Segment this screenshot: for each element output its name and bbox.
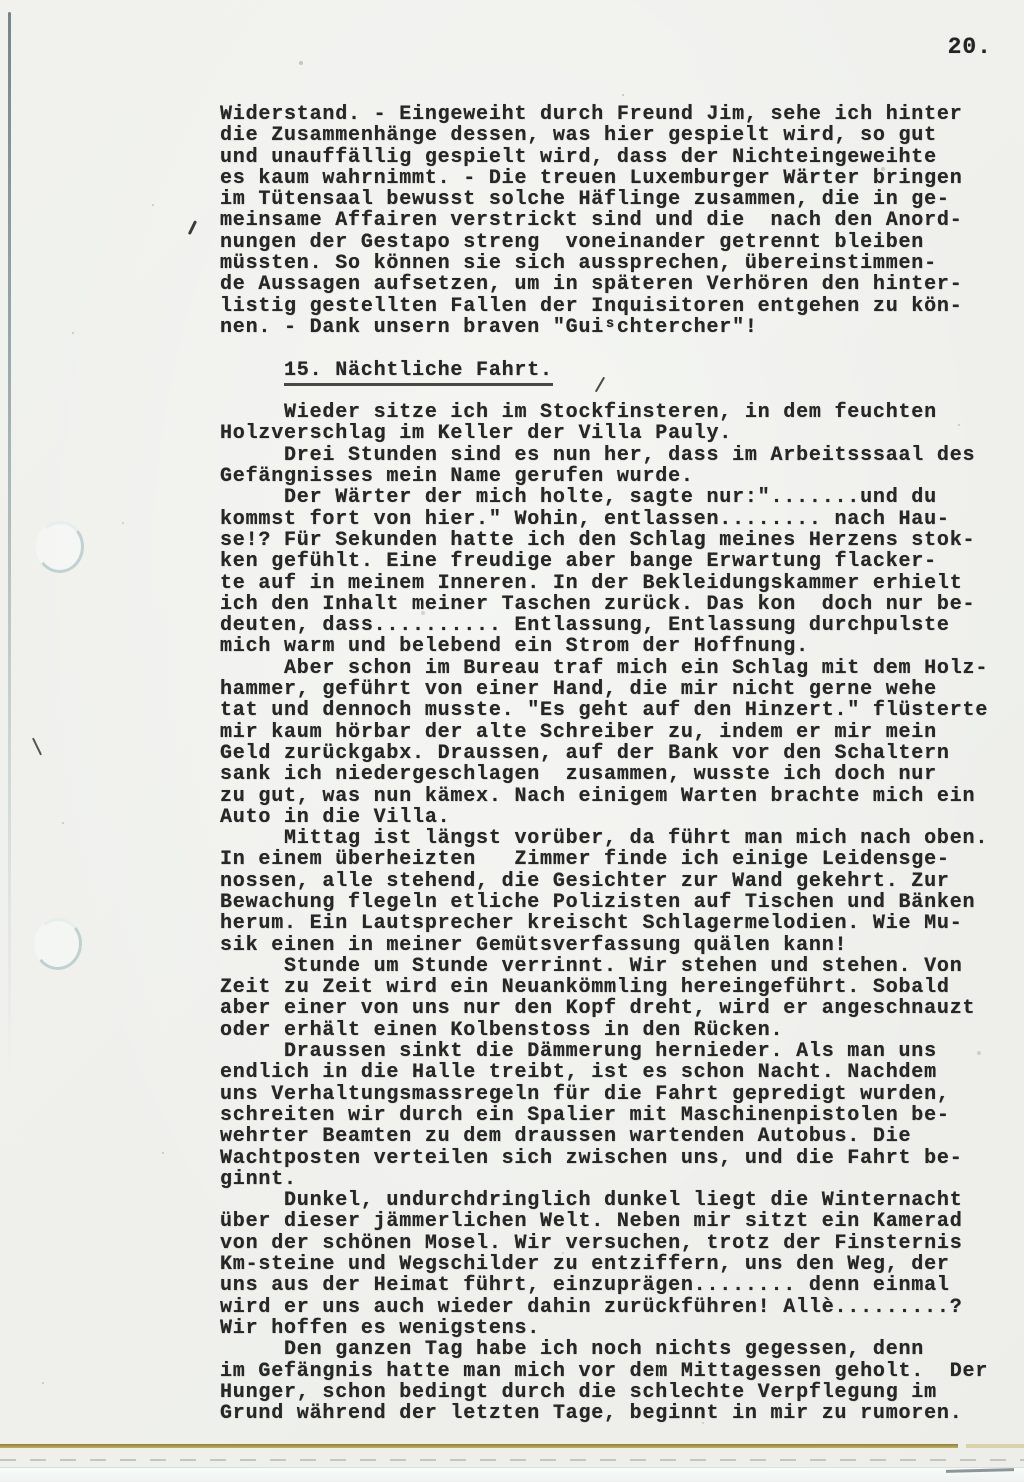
text-line: Km-steine und Wegschilder zu entziffern,… [220,1254,1016,1275]
scan-bottom-gold-line [0,1444,958,1448]
text-line: se!? Für Sekunden hatte ich den Schlag m… [220,530,1016,551]
text-line: listig gestellten Fallen der Inquisitore… [220,296,1016,317]
text-line: sik einen in meiner Gemütsverfassung quä… [220,935,1016,956]
text-line: müssten. So können sie sich aussprechen,… [220,253,1016,274]
text-line: im Gefängnis hatte man mich vor dem Mitt… [220,1361,1016,1382]
text-line: Bewachung flegeln etliche Polizisten auf… [220,892,1016,913]
page-number: 20. [948,34,992,60]
paragraph: Drei Stunden sind es nun her, dass im Ar… [220,445,1016,488]
text-line: mir kaum hörbar der alte Schreiber zu, i… [220,722,1016,743]
text-line: mich warm und belebend ein Strom der Hof… [220,636,1016,657]
text-line: im Tütensaal bewusst solche Häflinge zus… [220,189,1016,210]
paragraph: Den ganzen Tag habe ich noch nichts gege… [220,1339,1016,1424]
text-line: In einem überheizten Zimmer finde ich ei… [220,849,1016,870]
text-line: und unauffällig gespielt wird, dass der … [220,147,1016,168]
scan-bottom-band [0,1467,1024,1482]
text-line: über dieser jämmerlichen Welt. Neben mir… [220,1211,1016,1232]
paragraph: Widerstand. - Eingeweiht durch Freund Ji… [220,104,1016,338]
punch-hole-bottom [31,916,84,973]
text-line: die Zusammenhänge dessen, was hier gespi… [220,125,1016,146]
text-line: de Aussagen aufsetzen, um in späteren Ve… [220,274,1016,295]
text-line: Holzverschlag im Keller der Villa Pauly. [220,423,1016,444]
text-line: von der schönen Mosel. Wir versuchen, tr… [220,1233,1016,1254]
text-line: Wachtposten verteilen sich zwischen uns,… [220,1148,1016,1169]
text-line: Mittag ist längst vorüber, da führt man … [220,828,1016,849]
paragraph: Dunkel, undurchdringlich dunkel liegt di… [220,1190,1016,1339]
text-line: Geld zurückgabx. Draussen, auf der Bank … [220,743,1016,764]
text-line: kommst fort von hier." Wohin, entlassen.… [220,509,1016,530]
text-line: Stunde um Stunde verrinnt. Wir stehen un… [220,956,1016,977]
scan-bottom-dash-line [0,1459,1024,1461]
text-line: meinsame Affairen verstrickt sind und di… [220,210,1016,231]
margin-backslash-mark [32,738,42,756]
paragraph: Mittag ist längst vorüber, da führt man … [220,828,1016,956]
text-line: wird er uns auch wieder dahin zurückführ… [220,1297,1016,1318]
section-heading-text: 15. Nächtliche Fahrt. [284,359,553,386]
text-line: tat und dennoch musste. "Es geht auf den… [220,700,1016,721]
text-line: Gefängnisses mein Name gerufen wurde. [220,466,1016,487]
paragraph: Draussen sinkt die Dämmerung hernieder. … [220,1041,1016,1190]
text-line: Grund während der letzten Tage, beginnt … [220,1403,1016,1424]
text-line: ich den Inhalt meiner Taschen zurück. Da… [220,594,1016,615]
blank-line [220,338,1016,359]
text-line: schreiten wir durch ein Spalier mit Masc… [220,1105,1016,1126]
text-body: Widerstand. - Eingeweiht durch Freund Ji… [220,104,1016,1424]
text-line: Widerstand. - Eingeweiht durch Freund Ji… [220,104,1016,125]
text-line: herum. Ein Lautsprecher kreischt Schlage… [220,913,1016,934]
paragraph: Aber schon im Bureau traf mich ein Schla… [220,658,1016,828]
text-line: Auto in die Villa. [220,807,1016,828]
text-line: ginnt. [220,1169,1016,1190]
text-line: sank ich niedergeschlagen zusammen, wuss… [220,764,1016,785]
punch-hole-top [33,519,86,576]
text-line: nungen der Gestapo streng voneinander ge… [220,232,1016,253]
text-line: ken gefühlt. Eine freudige aber bange Er… [220,551,1016,572]
scan-edge-line [8,12,11,1072]
scanned-page: 20. Widerstand. - Eingeweiht durch Freun… [0,0,1024,1482]
text-line: Der Wärter der mich holte, sagte nur:"..… [220,487,1016,508]
text-line: Wieder sitze ich im Stockfinsteren, in d… [220,402,1016,423]
text-line: Aber schon im Bureau traf mich ein Schla… [220,658,1016,679]
paragraph: Der Wärter der mich holte, sagte nur:"..… [220,487,1016,657]
paragraph: Wieder sitze ich im Stockfinsteren, in d… [220,402,1016,445]
paragraph: Stunde um Stunde verrinnt. Wir stehen un… [220,956,1016,1041]
text-line: uns aus der Heimat führt, einzuprägen...… [220,1275,1016,1296]
text-line: Wir hoffen es wenigstens. [220,1318,1016,1339]
text-line: Zeit zu Zeit wird ein Neuankömmling here… [220,977,1016,998]
text-line: Draussen sinkt die Dämmerung hernieder. … [220,1041,1016,1062]
text-line: Drei Stunden sind es nun her, dass im Ar… [220,445,1016,466]
margin-slash-mark [188,220,197,235]
text-line: uns Verhaltungsmassregeln für die Fahrt … [220,1084,1016,1105]
text-line: es kaum wahrnimmt. - Die treuen Luxembur… [220,168,1016,189]
text-line: deuten, dass.......... Entlassung, Entla… [220,615,1016,636]
text-line: te auf in meinem Inneren. In der Bekleid… [220,573,1016,594]
text-line: wehrter Beamten zu dem draussen wartende… [220,1126,1016,1147]
paper-speckles [0,0,2,2]
text-line: aber einer von uns nur den Kopf dreht, w… [220,998,1016,1019]
text-line: oder erhält einen Kolbenstoss in den Rüc… [220,1020,1016,1041]
text-line: nossen, alle stehend, die Gesichter zur … [220,871,1016,892]
section-heading: 15. Nächtliche Fahrt. [284,360,1016,381]
text-line: nen. - Dank unsern braven "Guiˢchtercher… [220,317,1016,338]
text-line: endlich in die Halle treibt, ist es scho… [220,1062,1016,1083]
text-line: hammer, geführt von einer Hand, die mir … [220,679,1016,700]
text-line: Den ganzen Tag habe ich noch nichts gege… [220,1339,1016,1360]
text-line: zu gut, was nun kämex. Nach einigem Wart… [220,786,1016,807]
text-line: Hunger, schon bedingt durch die schlecht… [220,1382,1016,1403]
text-line: Dunkel, undurchdringlich dunkel liegt di… [220,1190,1016,1211]
